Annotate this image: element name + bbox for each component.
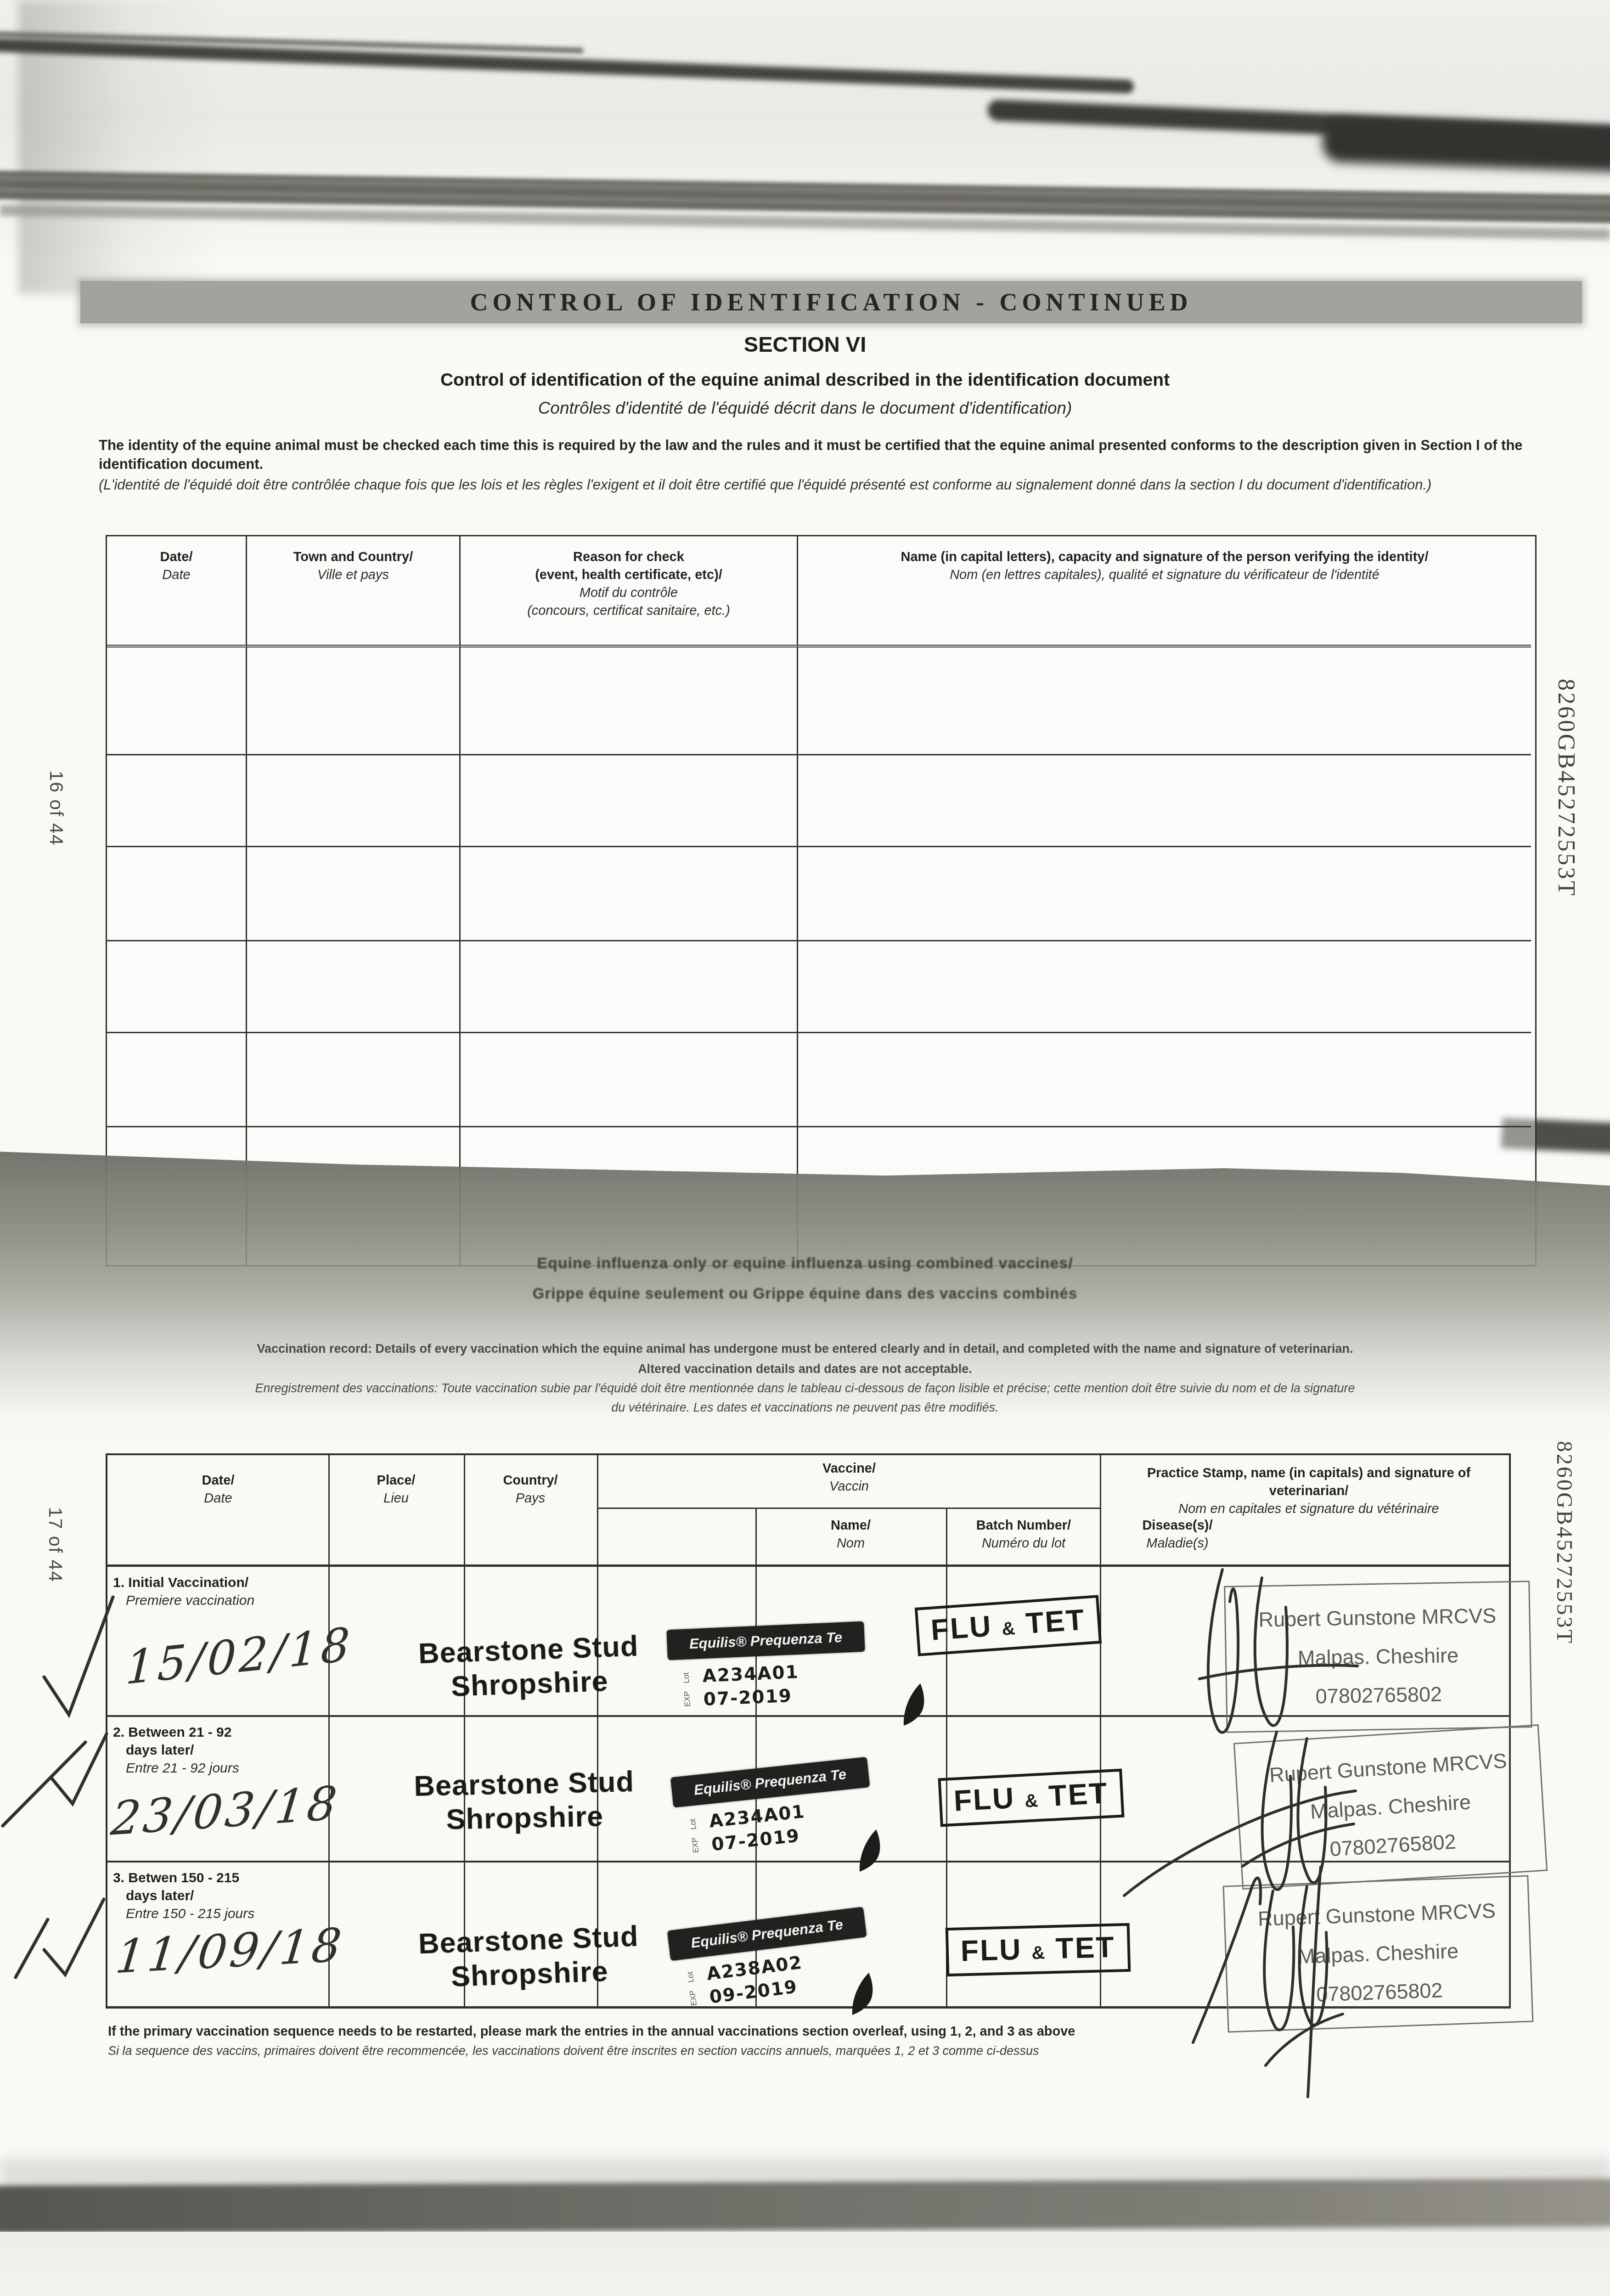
row3-label-en2: days later/ — [126, 1887, 322, 1905]
vt-place-fr: Lieu — [333, 1490, 459, 1508]
empty-cell — [247, 1033, 461, 1127]
vt-name-fr: Nom — [760, 1535, 941, 1553]
lot-label-icon: Lot — [686, 1970, 696, 1983]
page-number-16: 16 of 44 — [45, 771, 67, 846]
empty-cell — [461, 755, 798, 847]
empty-cell — [798, 1033, 1531, 1127]
vt-name-en: Name/ — [760, 1517, 941, 1535]
header-verifier-en: Name (in capital letters), capacity and … — [798, 548, 1531, 566]
vt-header-date: Date/ Date — [133, 1472, 303, 1508]
footer-note-fr: Si la sequence des vaccins, primaires do… — [108, 2044, 1531, 2058]
header-reason-fr1: Motif du contrôle — [461, 584, 797, 602]
intro-fr: (L'identité de l'équidé doit être contrô… — [99, 476, 1587, 495]
vt-header-country: Country/ Pays — [468, 1472, 592, 1508]
col-header-town-country: Town and Country/ Ville et pays — [247, 536, 461, 647]
scan-artifact-band — [0, 2158, 1610, 2259]
section-header-title: CONTROL OF IDENTIFICATION - CONTINUED — [470, 288, 1192, 316]
vt-country-en: Country/ — [468, 1472, 592, 1490]
header-date-fr: Date — [107, 566, 246, 584]
header-verifier-fr: Nom (en lettres capitales), qualité et s… — [798, 566, 1531, 584]
disease-stamp-3-amp: & — [1031, 1943, 1047, 1964]
disease-stamp-1-flu: FLU — [930, 1609, 993, 1647]
place-stamp-2-line1: Bearstone Stud — [395, 1764, 653, 1804]
empty-cell — [798, 647, 1531, 755]
document-number-vertical-bottom: 8260GB45272553T — [1552, 1441, 1577, 1645]
row2-label: 2. Between 21 - 92 days later/ Entre 21 … — [113, 1723, 322, 1777]
row3-label-en1: 3. Betwen 150 - 215 — [113, 1869, 322, 1887]
empty-cell — [798, 755, 1531, 847]
empty-cell — [461, 941, 798, 1033]
vt-stamp-fr: Nom en capitales et signature du vétérin… — [1120, 1500, 1497, 1518]
row3-label-fr: Entre 150 - 215 jours — [126, 1905, 322, 1923]
vt-header-vaccine: Vaccine/ Vaccin — [602, 1460, 1097, 1496]
vet-stamp-1-phone: 07802765802 — [1230, 1674, 1528, 1718]
vt-batch-fr: Numéro du lot — [951, 1535, 1097, 1553]
page-number-17: 17 of 44 — [45, 1507, 66, 1582]
empty-cell — [461, 647, 798, 755]
disease-stamp-3-flu: FLU — [960, 1933, 1022, 1967]
scanned-horse-passport-page: CONTROL OF IDENTIFICATION - CONTINUED SE… — [0, 0, 1610, 2296]
document-number-vertical-top: 8260GB45272553T — [1553, 679, 1580, 897]
scan-artifact-band — [0, 171, 1610, 224]
section-number: SECTION VI — [0, 332, 1610, 357]
row3-label: 3. Betwen 150 - 215 days later/ Entre 15… — [113, 1869, 322, 1923]
vaccine-sticker-1: Equilis® Prequenza Te Lot A234A01 EXP 07… — [666, 1621, 867, 1712]
vet-stamp-1-name: Rupert Gunstone MRCVS — [1228, 1596, 1526, 1640]
vt-header-batch: Batch Number/ Numéro du lot — [951, 1517, 1097, 1553]
header-reason-en1: Reason for check — [461, 548, 797, 566]
empty-cell — [107, 847, 247, 941]
place-stamp-2-line2: Shropshire — [396, 1798, 653, 1838]
vt-header-disease: Disease(s)/ Maladie(s) — [1104, 1517, 1250, 1553]
header-reason-fr2: (concours, certificat sanitaire, etc.) — [461, 602, 797, 620]
vaccine-expiry-1: 07-2019 — [703, 1686, 793, 1710]
vt-disease-fr: Maladie(s) — [1104, 1535, 1250, 1553]
vt-header-place: Place/ Lieu — [333, 1472, 459, 1508]
exp-label-icon: EXP — [691, 1840, 701, 1853]
scan-streak-left — [18, 0, 220, 294]
disease-stamp-2-tet: TET — [1048, 1776, 1109, 1812]
scan-artifact-band — [0, 2178, 1610, 2234]
empty-cell — [798, 847, 1531, 941]
scan-artifact-band — [0, 38, 1134, 94]
disease-stamp-2: FLU & TET — [938, 1769, 1125, 1827]
empty-cell — [107, 647, 247, 755]
table-border — [106, 1564, 1511, 1567]
lot-label-icon: Lot — [688, 1817, 698, 1830]
lot-label-icon: Lot — [681, 1671, 691, 1683]
col-header-verifier: Name (in capital letters), capacity and … — [798, 536, 1531, 647]
empty-cell — [461, 1033, 798, 1127]
table-border — [106, 1453, 107, 2008]
vt-stamp-en: Practice Stamp, name (in capitals) and s… — [1120, 1464, 1497, 1500]
vt-batch-en: Batch Number/ — [951, 1517, 1097, 1535]
vaccine-batch-1: A234A01 — [702, 1662, 799, 1687]
footer-note-en: If the primary vaccination sequence need… — [108, 2024, 1531, 2039]
header-reason-en2: (event, health certificate, etc)/ — [461, 566, 797, 584]
col-header-reason: Reason for check (event, health certific… — [461, 536, 798, 647]
vet-stamp-3: Rupert Gunstone MRCVS Malpas. Cheshire 0… — [1223, 1875, 1534, 2032]
header-town-fr: Ville et pays — [247, 566, 459, 584]
scan-artifact-band — [1322, 118, 1610, 173]
section-title-fr: Contrôles d'identité de l'équidé décrit … — [0, 399, 1610, 418]
vaccination-note-en2: Altered vaccination details and dates ar… — [32, 1362, 1578, 1376]
row2-label-en2: days later/ — [126, 1741, 322, 1759]
section-title-en: Control of identification of the equine … — [0, 370, 1610, 390]
scan-artifact-band — [0, 205, 1610, 240]
empty-cell — [247, 941, 461, 1033]
empty-cell — [247, 755, 461, 847]
vaccination-note-fr2: du vétérinaire. Les dates et vaccination… — [32, 1401, 1578, 1415]
vet-stamp-1-town: Malpas. Cheshire — [1229, 1635, 1527, 1679]
empty-cell — [247, 647, 461, 755]
vt-country-fr: Pays — [468, 1490, 592, 1508]
vet-stamp-1: Rupert Gunstone MRCVS Malpas. Cheshire 0… — [1224, 1581, 1532, 1733]
check-marks — [3, 1597, 113, 1977]
vaccination-note-fr1: Enregistrement des vaccinations: Toute v… — [32, 1381, 1578, 1396]
table-border — [597, 1508, 1101, 1509]
disease-stamp-1-amp: & — [1001, 1618, 1017, 1639]
place-stamp-1: Bearstone Stud Shropshire — [400, 1628, 659, 1705]
empty-cell — [107, 755, 247, 847]
place-stamp-3: Bearstone Stud Shropshire — [400, 1919, 659, 1996]
row1-label: 1. Initial Vaccination/ Premiere vaccina… — [113, 1574, 322, 1609]
empty-cell — [461, 847, 798, 941]
vaccination-header-en: Equine influenza only or equine influenz… — [32, 1255, 1578, 1272]
exp-label-icon: EXP — [683, 1694, 692, 1707]
empty-cell — [798, 941, 1531, 1033]
empty-cell — [107, 1033, 247, 1127]
vt-header-stamp: Practice Stamp, name (in capitals) and s… — [1120, 1464, 1497, 1518]
vt-place-en: Place/ — [333, 1472, 459, 1490]
empty-cell — [247, 847, 461, 941]
empty-cell — [107, 941, 247, 1033]
row2-label-fr: Entre 21 - 92 jours — [126, 1759, 322, 1777]
exp-label-icon: EXP — [688, 1993, 699, 2006]
scan-wash-top — [0, 0, 1610, 257]
vt-header-vaccine-name: Name/ Nom — [760, 1517, 941, 1553]
vaccination-header-fr: Grippe équine seulement ou Grippe équine… — [32, 1285, 1578, 1302]
scan-artifact-band — [987, 99, 1610, 147]
identification-check-table: Date/ Date Town and Country/ Ville et pa… — [106, 535, 1537, 1266]
disease-stamp-3-tet: TET — [1055, 1930, 1116, 1965]
header-date-en: Date/ — [107, 548, 246, 566]
row2-label-en1: 2. Between 21 - 92 — [113, 1723, 322, 1741]
disease-stamp-2-amp: & — [1024, 1790, 1040, 1812]
disease-stamp-3: FLU & TET — [946, 1923, 1131, 1976]
vaccination-note-en1: Vaccination record: Details of every vac… — [32, 1342, 1578, 1356]
disease-stamp-1-tet: TET — [1025, 1603, 1086, 1640]
intro-en: The identity of the equine animal must b… — [99, 436, 1587, 474]
section-header-band: CONTROL OF IDENTIFICATION - CONTINUED — [80, 281, 1582, 323]
vt-vaccine-fr: Vaccin — [602, 1478, 1097, 1496]
vt-disease-en: Disease(s)/ — [1104, 1517, 1250, 1535]
vt-date-en: Date/ — [133, 1472, 303, 1490]
col-header-date: Date/ Date — [107, 536, 247, 647]
disease-stamp-2-flu: FLU — [953, 1781, 1016, 1818]
place-stamp-2: Bearstone Stud Shropshire — [395, 1764, 654, 1838]
vt-date-fr: Date — [133, 1490, 303, 1508]
vt-vaccine-en: Vaccine/ — [602, 1460, 1097, 1478]
scan-artifact-band — [0, 31, 583, 53]
intro-paragraph: The identity of the equine animal must b… — [99, 436, 1587, 495]
scan-wash-bottom — [0, 2232, 1610, 2296]
row1-label-fr: Premiere vaccination — [126, 1592, 322, 1609]
vet-stamp-2: Rupert Gunstone MRCVS Malpas. Cheshire 0… — [1233, 1724, 1548, 1890]
footer-notes: If the primary vaccination sequence need… — [108, 2024, 1531, 2058]
row1-label-en: 1. Initial Vaccination/ — [113, 1574, 322, 1592]
header-town-en: Town and Country/ — [247, 548, 459, 566]
